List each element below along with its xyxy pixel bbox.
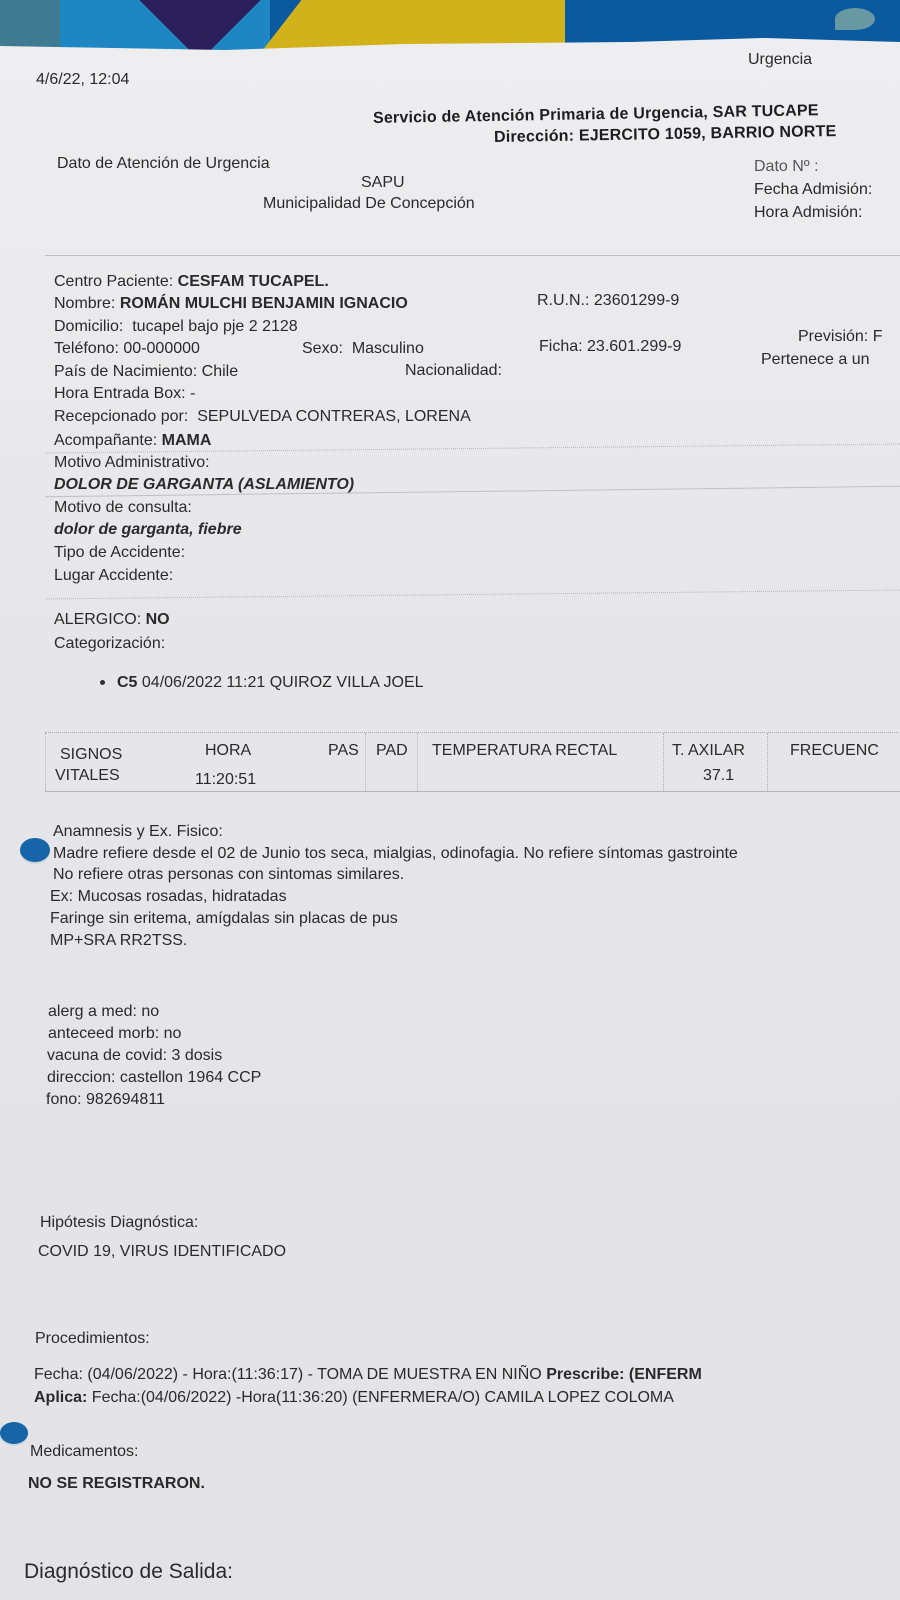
anamnesis-note: vacuna de covid: 3 dosis	[47, 1046, 222, 1065]
anamnesis-line: Faringe sin eritema, amígdalas sin placa…	[50, 909, 398, 928]
nacionalidad-label: Nacionalidad:	[405, 361, 502, 380]
lugar-accidente-label: Lugar Accidente:	[54, 566, 173, 585]
categorizacion-item: C5 04/06/2022 11:21 QUIROZ VILLA JOEL	[100, 673, 424, 692]
anamnesis-line: No refiere otras personas con sintomas s…	[53, 865, 404, 884]
categorizacion-label: Categorización:	[54, 634, 165, 653]
vitals-label-2: VITALES	[55, 766, 120, 785]
triage-level: C5	[117, 674, 137, 691]
medicamentos-value: NO SE REGISTRARON.	[28, 1474, 205, 1493]
centro-value: CESFAM TUCAPEL	[178, 273, 325, 290]
anamnesis-note: anteceed morb: no	[48, 1024, 181, 1043]
motivo-consulta-label: Motivo de consulta:	[54, 498, 192, 517]
anamnesis-note: fono: 982694811	[46, 1090, 165, 1109]
sexo: Sexo: Masculino	[302, 339, 424, 358]
vital-signs-table: SIGNOS VITALES HORA PAS PAD TEMPERATURA …	[45, 732, 900, 792]
anamnesis-label: Anamnesis y Ex. Fisico:	[53, 822, 223, 841]
vitals-col-pad: PAD	[376, 741, 408, 760]
motivo-consulta-value: dolor de garganta, fiebre	[54, 520, 242, 539]
hipotesis-label: Hipótesis Diagnóstica:	[40, 1213, 198, 1232]
banner-leaf	[835, 8, 875, 30]
hipotesis-value: COVID 19, VIRUS IDENTIFICADO	[38, 1242, 286, 1261]
vitals-col-pas: PAS	[328, 741, 359, 760]
prevision-label: Previsión: F	[798, 327, 882, 346]
recepcionado-por: Recepcionado por: SEPULVEDA CONTRERAS, L…	[54, 407, 471, 426]
hora-entrada-box: Hora Entrada Box: -	[54, 384, 195, 403]
vitals-value-hora: 11:20:51	[195, 770, 256, 789]
diagnostico-salida-label: Diagnóstico de Salida:	[24, 1560, 233, 1584]
acompanante: Acompañante: MAMA	[54, 431, 211, 450]
anamnesis-note: alerg a med: no	[48, 1002, 159, 1021]
print-datetime: 4/6/22, 12:04	[36, 70, 129, 89]
hora-admision-label: Hora Admisión:	[754, 203, 863, 222]
tipo-accidente-label: Tipo de Accidente:	[54, 543, 185, 562]
nombre: Nombre: ROMÁN MULCHI BENJAMIN IGNACIO	[54, 294, 408, 313]
ficha: Ficha: 23.601.299-9	[539, 337, 681, 356]
medicamentos-label: Medicamentos:	[30, 1442, 139, 1461]
centro-paciente: Centro Paciente: CESFAM TUCAPEL.	[54, 272, 329, 291]
org-line-1: SAPU	[361, 173, 405, 192]
vitals-col-frecuencia: FRECUENC	[790, 741, 879, 760]
anamnesis-line: Madre refiere desde el 02 de Junio tos s…	[53, 844, 738, 863]
dato-no-label: Dato Nº :	[754, 157, 819, 176]
fecha-admision-label: Fecha Admisión:	[754, 180, 872, 199]
telefono: Teléfono: 00-000000	[54, 339, 200, 358]
procedure-line-1: Fecha: (04/06/2022) - Hora:(11:36:17) - …	[34, 1365, 702, 1384]
pertenece-label: Pertenece a un	[761, 350, 870, 369]
divider	[45, 255, 900, 256]
vitals-col-temp-axilar: T. AXILAR	[672, 741, 745, 760]
procedure-line-2: Aplica: Fecha:(04/06/2022) -Hora(11:36:2…	[34, 1388, 674, 1407]
page-type: Urgencia	[748, 50, 812, 69]
procedimientos-label: Procedimientos:	[35, 1329, 150, 1348]
pen-mark	[20, 838, 50, 862]
pen-mark	[0, 1422, 28, 1444]
motivo-administrativo-value: DOLOR DE GARGANTA (ASLAMIENTO)	[54, 475, 354, 494]
vitals-value-temp-axilar: 37.1	[703, 766, 734, 785]
vitals-label-1: SIGNOS	[60, 745, 122, 764]
bullet-icon	[100, 680, 105, 685]
domicilio: Domicilio: tucapel bajo pje 2 2128	[54, 317, 298, 336]
motivo-administrativo-label: Motivo Administrativo:	[54, 453, 210, 472]
vitals-col-hora: HORA	[205, 741, 251, 760]
run: R.U.N.: 23601299-9	[537, 291, 679, 310]
anamnesis-line: Ex: Mucosas rosadas, hidratadas	[50, 887, 287, 906]
pais-nacimiento: País de Nacimiento: Chile	[54, 362, 238, 381]
org-line-2: Municipalidad De Concepción	[263, 194, 475, 213]
vitals-col-temp-rectal: TEMPERATURA RECTAL	[432, 741, 617, 760]
section-title: Dato de Atención de Urgencia	[57, 154, 270, 173]
anamnesis-line: MP+SRA RR2TSS.	[50, 931, 187, 950]
nombre-value: ROMÁN MULCHI BENJAMIN IGNACIO	[120, 295, 408, 312]
anamnesis-note: direccion: castellon 1964 CCP	[47, 1068, 261, 1087]
alergico: ALERGICO: NO	[54, 610, 170, 629]
run-value: 23601299-9	[594, 292, 679, 309]
